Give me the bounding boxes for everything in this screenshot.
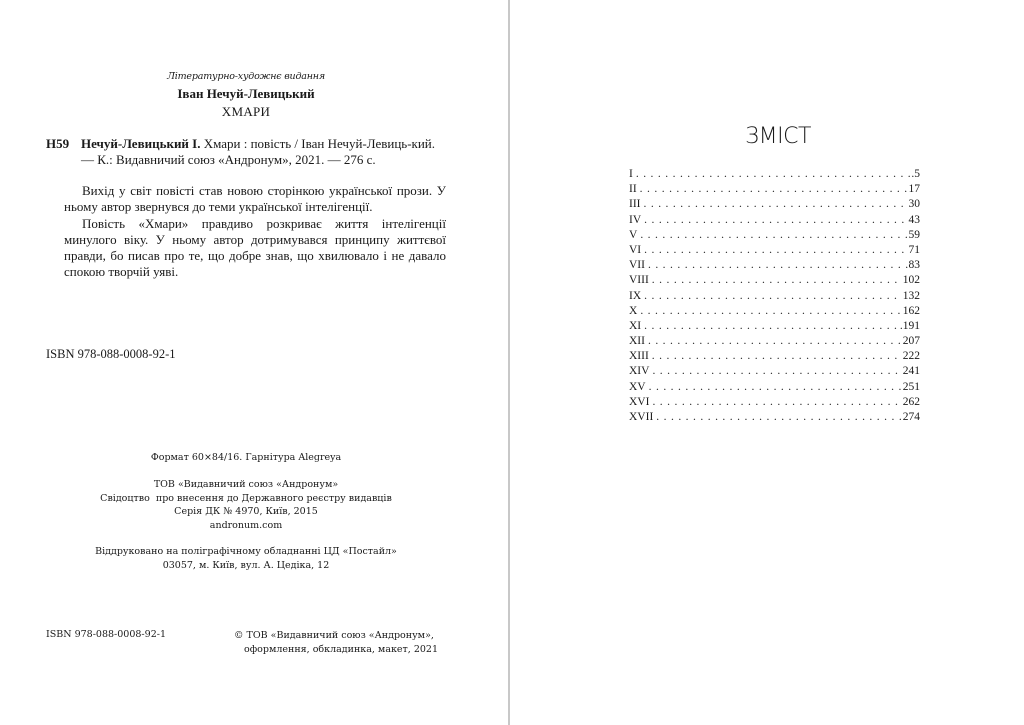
toc-page-number: 132 (903, 289, 920, 304)
toc-page-number: 162 (903, 304, 920, 319)
toc-leader-dots (648, 258, 908, 273)
book-author: Іван Нечуй-Левицький (46, 86, 446, 102)
catalog-entry: Н59 Нечуй-Левицький І. Хмари : повість /… (46, 136, 446, 168)
toc-entry[interactable]: XVII274 (629, 410, 920, 425)
toc-page-number: 71 (909, 243, 921, 258)
toc-entry[interactable]: X162 (629, 304, 920, 319)
toc-chapter-label: III (629, 197, 641, 212)
toc-chapter-label: XIII (629, 349, 649, 364)
copyright-line-2: оформлення, обкладинка, макет, 2021 (234, 643, 438, 657)
toc-chapter-label: XV (629, 380, 646, 395)
toc-page-number: 251 (903, 380, 920, 395)
annotation-paragraph: Вихід у світ повісті став новою сторінко… (64, 183, 446, 215)
toc-page-number: 274 (903, 410, 920, 425)
toc-leader-dots (640, 304, 901, 319)
toc-entry[interactable]: V59 (629, 228, 920, 243)
toc-entry[interactable]: VI71 (629, 243, 920, 258)
toc-chapter-label: II (629, 182, 637, 197)
toc-entry[interactable]: II17 (629, 182, 920, 197)
publisher-series: Серія ДК № 4970, Київ, 2015 (46, 505, 446, 519)
toc-chapter-label: VII (629, 258, 645, 273)
toc-chapter-label: IV (629, 213, 641, 228)
toc-page-number: 17 (909, 182, 921, 197)
toc-chapter-label: XI (629, 319, 641, 334)
toc-leader-dots (644, 197, 908, 212)
toc-chapter-label: V (629, 228, 637, 243)
toc-chapter-label: XII (629, 334, 645, 349)
annotation-paragraph: Повість «Хмари» правдиво розкриває життя… (64, 216, 446, 280)
toc-leader-dots (644, 213, 907, 228)
toc-chapter-label: I (629, 167, 633, 182)
toc-entry[interactable]: IV43 (629, 213, 920, 228)
printer-info: Віддруковано на поліграфічному обладнанн… (46, 545, 446, 572)
publisher-website: andronum.com (46, 519, 446, 533)
toc-chapter-label: XVII (629, 410, 653, 425)
publisher-name: ТОВ «Видавничий союз «Андронум» (46, 478, 446, 492)
toc-page-number: 83 (909, 258, 921, 273)
format-info: Формат 60×84/16. Гарнітура Alegreya (46, 451, 446, 465)
toc-chapter-label: XVI (629, 395, 649, 410)
toc-page-number: 59 (909, 228, 921, 243)
toc-entry[interactable]: III30 (629, 197, 920, 212)
toc-chapter-label: IX (629, 289, 641, 304)
publisher-info: ТОВ «Видавничий союз «Андронум» Свідоцтв… (46, 478, 446, 532)
toc-leader-dots (652, 364, 901, 379)
toc-chapter-label: VI (629, 243, 641, 258)
toc-leader-dots (649, 380, 902, 395)
catalog-code: Н59 (46, 136, 69, 152)
toc-page-number: 30 (909, 197, 921, 212)
toc-leader-dots (644, 319, 899, 334)
toc-page-number: .5 (911, 167, 920, 182)
toc-page-number: 207 (903, 334, 920, 349)
toc-chapter-label: VIII (629, 273, 649, 288)
imprint-page: Літературно-художнє видання Іван Нечуй-Л… (0, 0, 508, 725)
toc-leader-dots (652, 273, 902, 288)
toc-page-number: 262 (903, 395, 920, 410)
toc-entry[interactable]: I.5 (629, 167, 920, 182)
toc-chapter-label: X (629, 304, 637, 319)
toc-entry[interactable]: XII207 (629, 334, 920, 349)
footer-copyright: © ТОВ «Видавничий союз «Андронум», оформ… (234, 629, 438, 657)
contents-page: ЗМІСТ I.5II17III30IV43V59VI71VII83VIII10… (510, 0, 1024, 725)
toc-leader-dots (640, 182, 908, 197)
toc-leader-dots (644, 243, 907, 258)
toc-entry[interactable]: XIV241 (629, 364, 920, 379)
annotation: Вихід у світ повісті став новою сторінко… (82, 183, 446, 280)
toc-entry[interactable]: XI.191 (629, 319, 920, 334)
toc-leader-dots (640, 228, 907, 243)
toc-leader-dots (652, 395, 901, 410)
toc-entry[interactable]: VII83 (629, 258, 920, 273)
catalog-author: Нечуй-Левицький І. (81, 136, 200, 151)
toc-title: ЗМІСТ (510, 124, 1024, 149)
toc-page-number: 241 (903, 364, 920, 379)
genre-label: Літературно-художнє видання (46, 71, 446, 82)
toc-entry[interactable]: XV251 (629, 380, 920, 395)
toc-leader-dots (656, 410, 901, 425)
toc-leader-dots (636, 167, 911, 182)
footer-isbn: ISBN 978-088-0008-92-1 (46, 629, 166, 640)
toc-leader-dots (644, 289, 902, 304)
toc-chapter-label: XIV (629, 364, 649, 379)
toc-page-number: 222 (903, 349, 920, 364)
toc-leader-dots (652, 349, 902, 364)
printer-line-2: 03057, м. Київ, вул. А. Цедіка, 12 (46, 559, 446, 573)
printer-line-1: Віддруковано на поліграфічному обладнанн… (46, 545, 446, 559)
toc-page-number: .191 (900, 319, 920, 334)
catalog-description: Нечуй-Левицький І. Хмари : повість / Іва… (81, 136, 446, 168)
toc-leader-dots (648, 334, 902, 349)
toc-page-number: 43 (909, 213, 921, 228)
toc-entry[interactable]: IX132 (629, 289, 920, 304)
toc-entry[interactable]: VIII102 (629, 273, 920, 288)
isbn: ISBN 978-088-0008-92-1 (46, 347, 176, 362)
toc-page-number: 102 (903, 273, 920, 288)
publisher-certificate: Свідоцтво про внесення до Державного реє… (46, 492, 446, 506)
toc-entry[interactable]: XVI262 (629, 395, 920, 410)
table-of-contents: I.5II17III30IV43V59VI71VII83VIII102IX132… (629, 167, 920, 425)
toc-entry[interactable]: XIII222 (629, 349, 920, 364)
copyright-line-1: © ТОВ «Видавничий союз «Андронум», (234, 630, 434, 641)
book-title: ХМАРИ (46, 104, 446, 120)
